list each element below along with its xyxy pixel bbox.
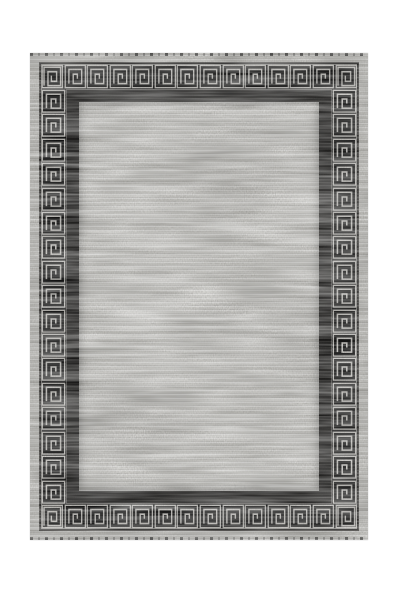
greek-key-motif: [244, 504, 267, 529]
greek-key-motif: [86, 64, 109, 89]
greek-key-motif: [332, 406, 357, 430]
greek-key-motif: [199, 504, 222, 529]
greek-key-motif: [41, 406, 66, 430]
greek-key-motif: [312, 504, 335, 529]
greek-key-motif: [332, 187, 357, 211]
greek-key-motif: [332, 480, 357, 504]
greek-key-motif: [154, 504, 177, 529]
greek-key-motif: [41, 64, 64, 89]
rug-field: [79, 102, 319, 491]
greek-key-motif: [109, 64, 132, 89]
greek-key-motif: [41, 187, 66, 211]
greek-key-motif: [41, 113, 66, 137]
greek-key-motif: [41, 309, 66, 333]
greek-key-motif: [332, 138, 357, 162]
greek-key-motif: [267, 504, 290, 529]
greek-key-border: [41, 64, 357, 529]
greek-key-motif: [332, 235, 357, 259]
greek-key-strip-bottom: [41, 504, 357, 529]
greek-key-motif: [154, 64, 177, 89]
greek-key-motif: [244, 64, 267, 89]
greek-key-motif: [41, 431, 66, 455]
greek-key-motif: [267, 64, 290, 89]
greek-key-motif: [335, 504, 358, 529]
greek-key-motif: [312, 64, 335, 89]
greek-key-motif: [199, 64, 222, 89]
greek-key-motif: [41, 382, 66, 406]
greek-key-motif: [41, 480, 66, 504]
rug-inner-dark-band: [66, 89, 332, 504]
greek-key-motif: [332, 284, 357, 308]
greek-key-motif: [41, 260, 66, 284]
greek-key-motif: [41, 357, 66, 381]
greek-key-motif: [289, 64, 312, 89]
photo-background: [0, 0, 400, 600]
greek-key-motif: [176, 64, 199, 89]
greek-key-motif: [41, 455, 66, 479]
greek-key-motif: [332, 333, 357, 357]
greek-key-motif: [332, 455, 357, 479]
rug: [30, 53, 368, 540]
greek-key-motif: [64, 504, 87, 529]
greek-key-motif: [86, 504, 109, 529]
greek-key-motif: [332, 309, 357, 333]
greek-key-motif: [41, 211, 66, 235]
greek-key-strip-top: [41, 64, 357, 89]
greek-key-motif: [41, 138, 66, 162]
greek-key-motif: [41, 89, 66, 113]
greek-key-motif: [332, 113, 357, 137]
greek-key-motif: [332, 357, 357, 381]
greek-key-motif: [222, 64, 245, 89]
greek-key-motif: [41, 162, 66, 186]
greek-key-motif: [41, 284, 66, 308]
greek-key-motif: [131, 504, 154, 529]
greek-key-motif: [289, 504, 312, 529]
greek-key-motif: [41, 504, 64, 529]
greek-key-motif: [332, 382, 357, 406]
greek-key-motif: [335, 64, 358, 89]
greek-key-motif: [176, 504, 199, 529]
greek-key-motif: [222, 504, 245, 529]
greek-key-strip-right: [332, 89, 357, 504]
greek-key-motif: [41, 333, 66, 357]
greek-key-motif: [332, 431, 357, 455]
greek-key-motif: [332, 211, 357, 235]
greek-key-motif: [131, 64, 154, 89]
greek-key-motif: [332, 162, 357, 186]
greek-key-motif: [332, 260, 357, 284]
greek-key-motif: [332, 89, 357, 113]
greek-key-motif: [41, 235, 66, 259]
greek-key-motif: [109, 504, 132, 529]
greek-key-strip-left: [41, 89, 66, 504]
greek-key-motif: [64, 64, 87, 89]
